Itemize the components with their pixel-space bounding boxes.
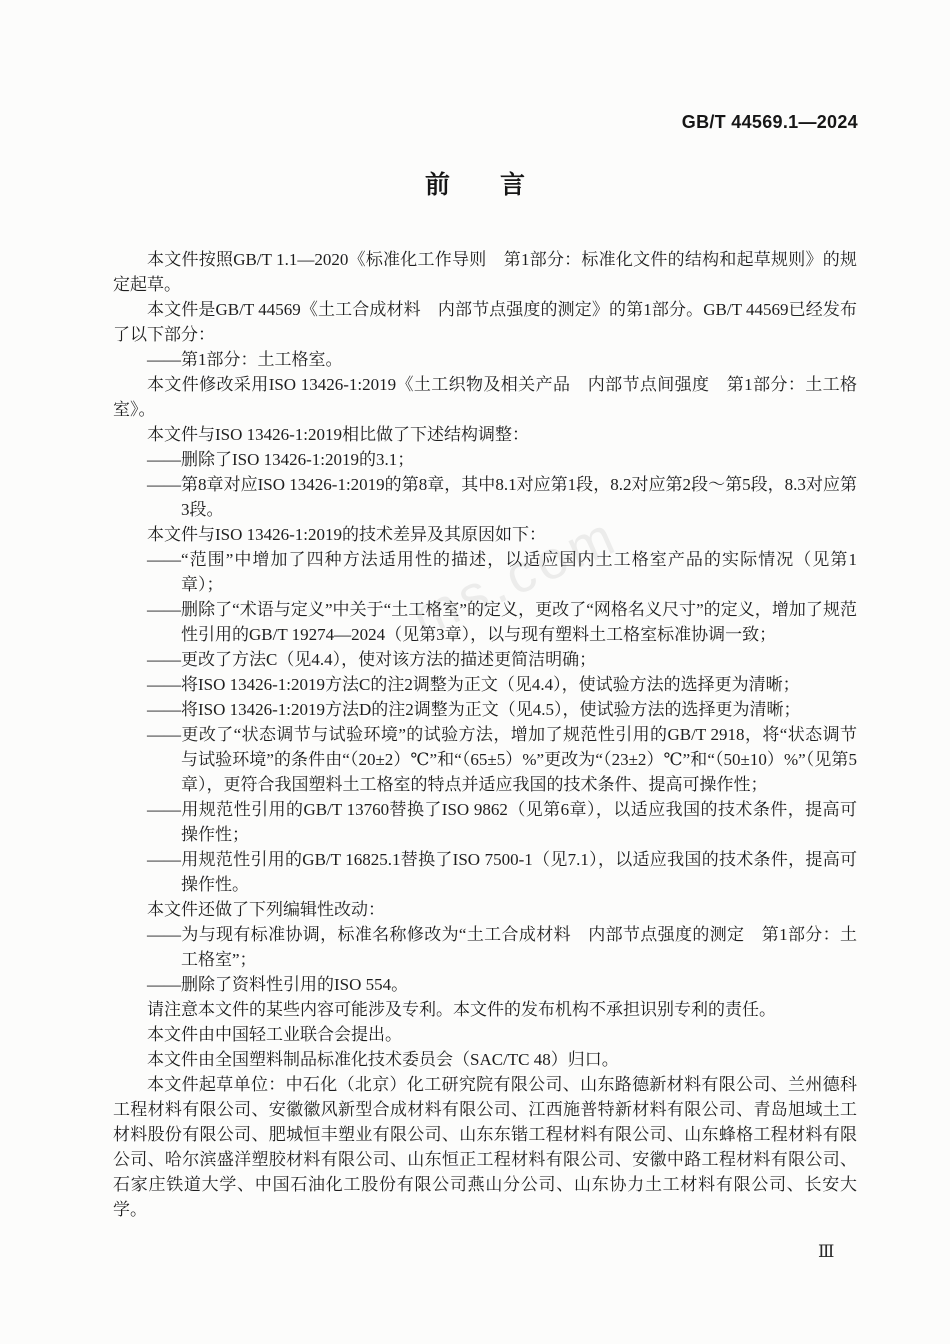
dash-item: ——删除了ISO 13426-1:2019的3.1； [113, 447, 857, 472]
paragraph: 本文件按照GB/T 1.1—2020《标准化工作导则 第1部分：标准化文件的结构… [113, 247, 857, 297]
dash-item: ——更改了“状态调节与试验环境”的试验方法，增加了规范性引用的GB/T 2918… [113, 722, 857, 797]
paragraph: 本文件与ISO 13426-1:2019的技术差异及其原因如下： [113, 522, 857, 547]
foreword-body: 本文件按照GB/T 1.1—2020《标准化工作导则 第1部分：标准化文件的结构… [113, 247, 857, 1222]
paragraph: 本文件是GB/T 44569《土工合成材料 内部节点强度的测定》的第1部分。GB… [113, 297, 857, 347]
paragraph: 本文件还做了下列编辑性改动： [113, 897, 857, 922]
dash-item: ——将ISO 13426-1:2019方法D的注2调整为正文（见4.5），使试验… [113, 697, 857, 722]
paragraph: 本文件由全国塑料制品标准化技术委员会（SAC/TC 48）归口。 [113, 1047, 857, 1072]
dash-item: ——第8章对应ISO 13426-1:2019的第8章，其中8.1对应第1段，8… [113, 472, 857, 522]
dash-item: ——将ISO 13426-1:2019方法C的注2调整为正文（见4.4），使试验… [113, 672, 857, 697]
paragraph: 本文件由中国轻工业联合会提出。 [113, 1022, 857, 1047]
paragraph: 本文件与ISO 13426-1:2019相比做了下述结构调整： [113, 422, 857, 447]
page-number: Ⅲ [818, 1242, 834, 1262]
dash-item: ——删除了“术语与定义”中关于“土工格室”的定义，更改了“网格名义尺寸”的定义，… [113, 597, 857, 647]
dash-item: ——删除了资料性引用的ISO 554。 [113, 972, 857, 997]
dash-item: ——用规范性引用的GB/T 13760替换了ISO 9862（见第6章），以适应… [113, 797, 857, 847]
paragraph: 本文件起草单位：中石化（北京）化工研究院有限公司、山东路德新材料有限公司、兰州德… [113, 1072, 857, 1222]
paragraph: 请注意本文件的某些内容可能涉及专利。本文件的发布机构不承担识别专利的责任。 [113, 997, 857, 1022]
dash-item: ——更改了方法C（见4.4），使对该方法的描述更简洁明确； [113, 647, 857, 672]
dash-item: ——第1部分：土工格室。 [113, 347, 857, 372]
dash-item: ——用规范性引用的GB/T 16825.1替换了ISO 7500-1（见7.1）… [113, 847, 857, 897]
dash-item: ——为与现有标准协调，标准名称修改为“土工合成材料 内部节点强度的测定 第1部分… [113, 922, 857, 972]
standard-code: GB/T 44569.1—2024 [682, 112, 858, 133]
document-page: ms.com GB/T 44569.1—2024 前 言 本文件按照GB/T 1… [0, 0, 950, 1344]
dash-item: ——“范围”中增加了四种方法适用性的描述，以适应国内土工格室产品的实际情况（见第… [113, 547, 857, 597]
page-title: 前 言 [0, 165, 950, 201]
paragraph: 本文件修改采用ISO 13426-1:2019《土工织物及相关产品 内部节点间强… [113, 372, 857, 422]
